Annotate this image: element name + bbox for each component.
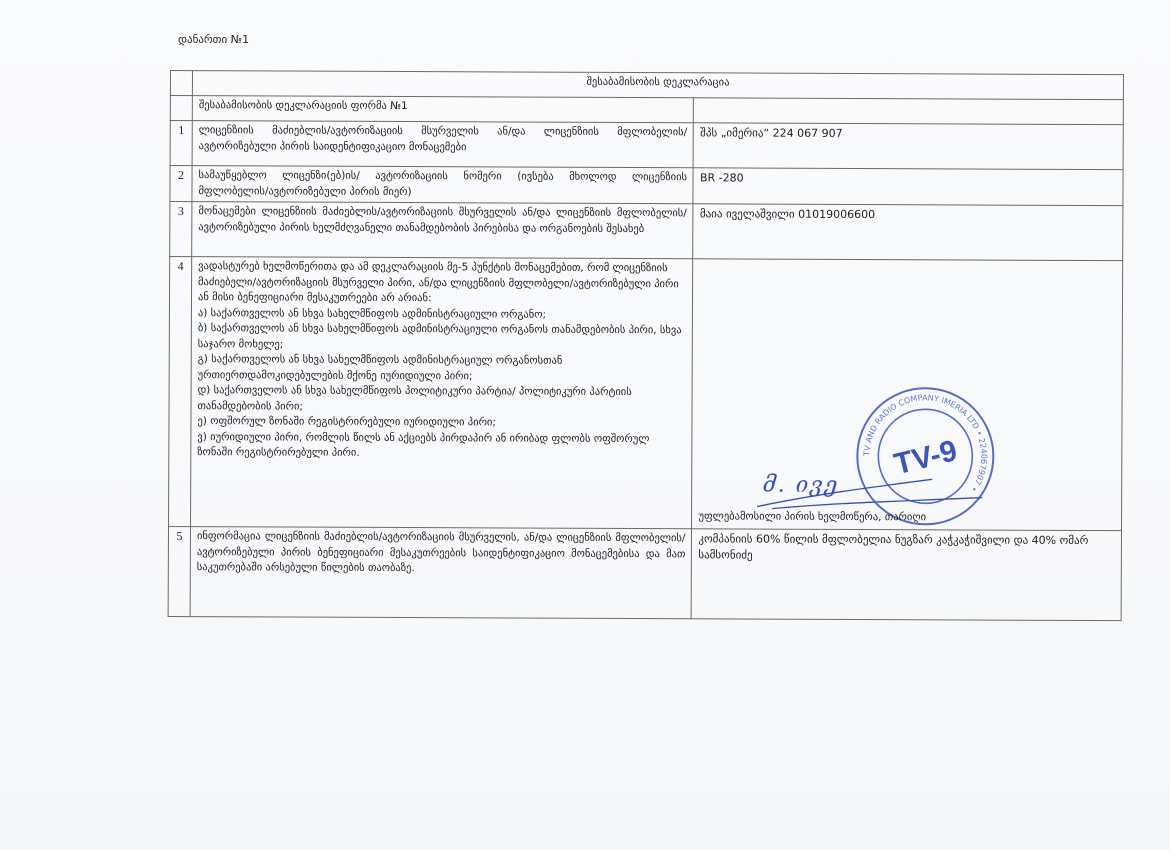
table-row: 2 სამაუწყებლო ლიცენზი(ებ)ის/ ავტორიზაციი… <box>170 166 1123 206</box>
form-title: შესაბამისობის დეკლარაციის ფორმა №1 <box>192 96 694 123</box>
row-value: შპს „იმერია“ 224 067 907 <box>694 123 1124 170</box>
table-row: 5 ინფორმაცია ლიცენზიის მაძიებლის/ავტორიზ… <box>168 526 1121 620</box>
row-value: კომპანიის 60% წილის მფლობელია ნუგზარ კაჭ… <box>692 529 1122 621</box>
row-number: 4 <box>169 257 192 527</box>
row-number: 2 <box>170 166 192 202</box>
list-item: ბ) საქართველოს ან სხვა სახელმწიფოს ადმინ… <box>198 321 687 354</box>
list-item: ვ) იურიდიული პირი, რომლის წილს ან აქციებ… <box>197 430 686 463</box>
annex-title: დანართი №1 <box>178 33 249 46</box>
table-row: 3 მონაცემები ლიცენზიის მაძიებლის/ავტორიზ… <box>170 202 1123 261</box>
table-row: 4 ვადასტურებ ხელმოწერითა და ამ დეკლარაცი… <box>169 257 1123 531</box>
signature-cell: მ. ივე TV AND RADIO COMPANY IMERIA LTD •… <box>692 259 1123 531</box>
list-item: გ) საქართველოს ან სხვა სახელმწიფოს ადმინ… <box>198 352 687 385</box>
declaration-table: შესაბამისობის დეკლარაცია შესაბამისობის დ… <box>168 70 1124 621</box>
row-label: ვადასტურებ ხელმოწერითა და ამ დეკლარაციის… <box>190 257 693 529</box>
row-number: 1 <box>170 121 192 166</box>
signature-label: უფლებამოსილი პირის ხელმოწერა, თარიღი <box>698 509 926 525</box>
row-value: BR -280 <box>693 168 1123 206</box>
table-row: 1 ლიცენზიის მაძიებლის/ავტორიზაციის მსურვ… <box>170 121 1123 170</box>
list-item: დ) საქართველოს ან სხვა სახელმწიფოს პოლიტ… <box>197 383 686 416</box>
svg-text:TV-9: TV-9 <box>891 434 960 481</box>
row-number: 3 <box>170 202 192 257</box>
row-label: ინფორმაცია ლიცენზიის მაძიებლის/ავტორიზაც… <box>190 527 692 619</box>
company-stamp-icon: TV AND RADIO COMPANY IMERIA LTD • 224067… <box>854 385 997 528</box>
row-label: მონაცემები ლიცენზიის მაძიებლის/ავტორიზაც… <box>192 202 694 259</box>
row-number: 5 <box>168 526 190 616</box>
list-item: ე) ოფშორულ ზონაში რეგისტრირებული იურიდიუ… <box>197 414 686 432</box>
row-label: ლიცენზიის მაძიებლის/ავტორიზაციის მსურველ… <box>192 121 694 168</box>
row-label: სამაუწყებლო ლიცენზი(ებ)ის/ ავტორიზაციის … <box>192 166 694 204</box>
document-page: დანართი №1 შესაბამისობის დეკლარაცია შესა… <box>0 0 1170 850</box>
row-value: მაია იველაშვილი 01019006600 <box>693 204 1123 261</box>
declaration-intro: ვადასტურებ ხელმოწერითა და ამ დეკლარაციის… <box>198 259 687 308</box>
